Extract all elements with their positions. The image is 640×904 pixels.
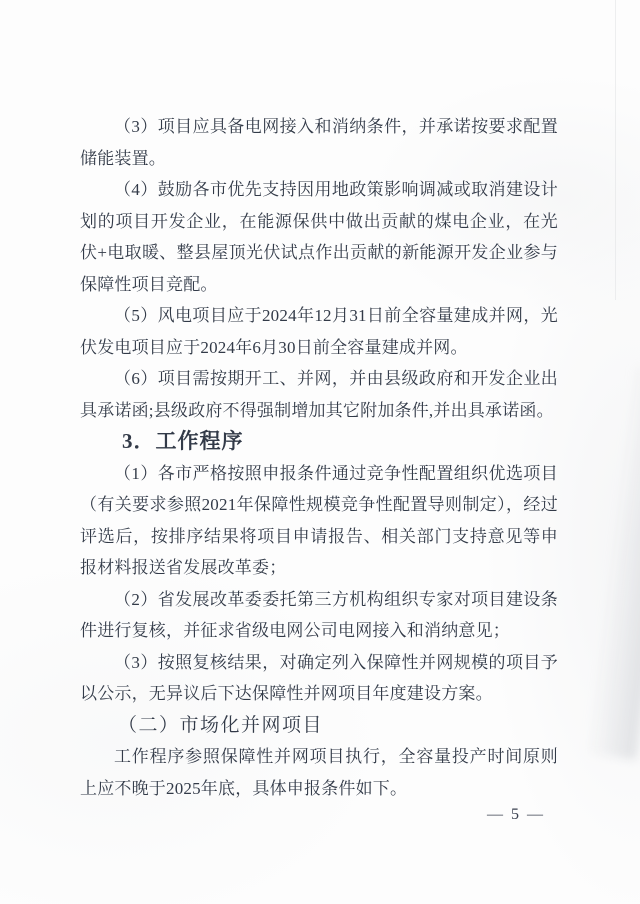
scanned-document-page: { "page": { "number": "5", "number_label… [0, 0, 640, 904]
clause-commitment-letters: （6）项目需按期开工、并网，并由县级政府和开发企业出具承诺函;县级政府不得强制增… [80, 363, 558, 426]
page-number: — 5 — [487, 806, 545, 824]
procedure-step-2: （2）省发展改革委委托第三方机构组织专家对项目建设条件进行复核，并征求省级电网公… [80, 584, 558, 647]
procedure-step-3: （3）按照复核结果，对确定列入保障性并网规模的项目予以公示，无异议后下达保障性并… [80, 647, 558, 710]
section-heading-market-grid-projects: （二）市场化并网项目 [80, 710, 558, 742]
clause-completion-deadlines: （5）风电项目应于2024年12月31日前全容量建成并网，光伏发电项目应于202… [80, 300, 558, 363]
clause-priority-support: （4）鼓励各市优先支持因用地政策影响调减或取消建设计划的项目开发企业，在能源保供… [80, 174, 558, 300]
scan-artifact-streak [584, 366, 640, 759]
page-canvas: （3）项目应具备电网接入和消纳条件，并承诺按要求配置储能装置。 （4）鼓励各市优… [0, 0, 640, 904]
scan-artifact-line [615, 0, 616, 300]
paragraph-market-procedure: 工作程序参照保障性并网项目执行，全容量投产时间原则上应不晚于2025年底，具体申… [80, 741, 558, 804]
clause-grid-access: （3）项目应具备电网接入和消纳条件，并承诺按要求配置储能装置。 [80, 111, 558, 174]
procedure-step-1: （1）各市严格按照申报条件通过竞争性配置组织优选项目（有关要求参照2021年保障… [80, 458, 558, 584]
document-body: （3）项目应具备电网接入和消纳条件，并承诺按要求配置储能装置。 （4）鼓励各市优… [80, 111, 558, 804]
section-heading-work-procedure: 3．工作程序 [80, 426, 558, 458]
